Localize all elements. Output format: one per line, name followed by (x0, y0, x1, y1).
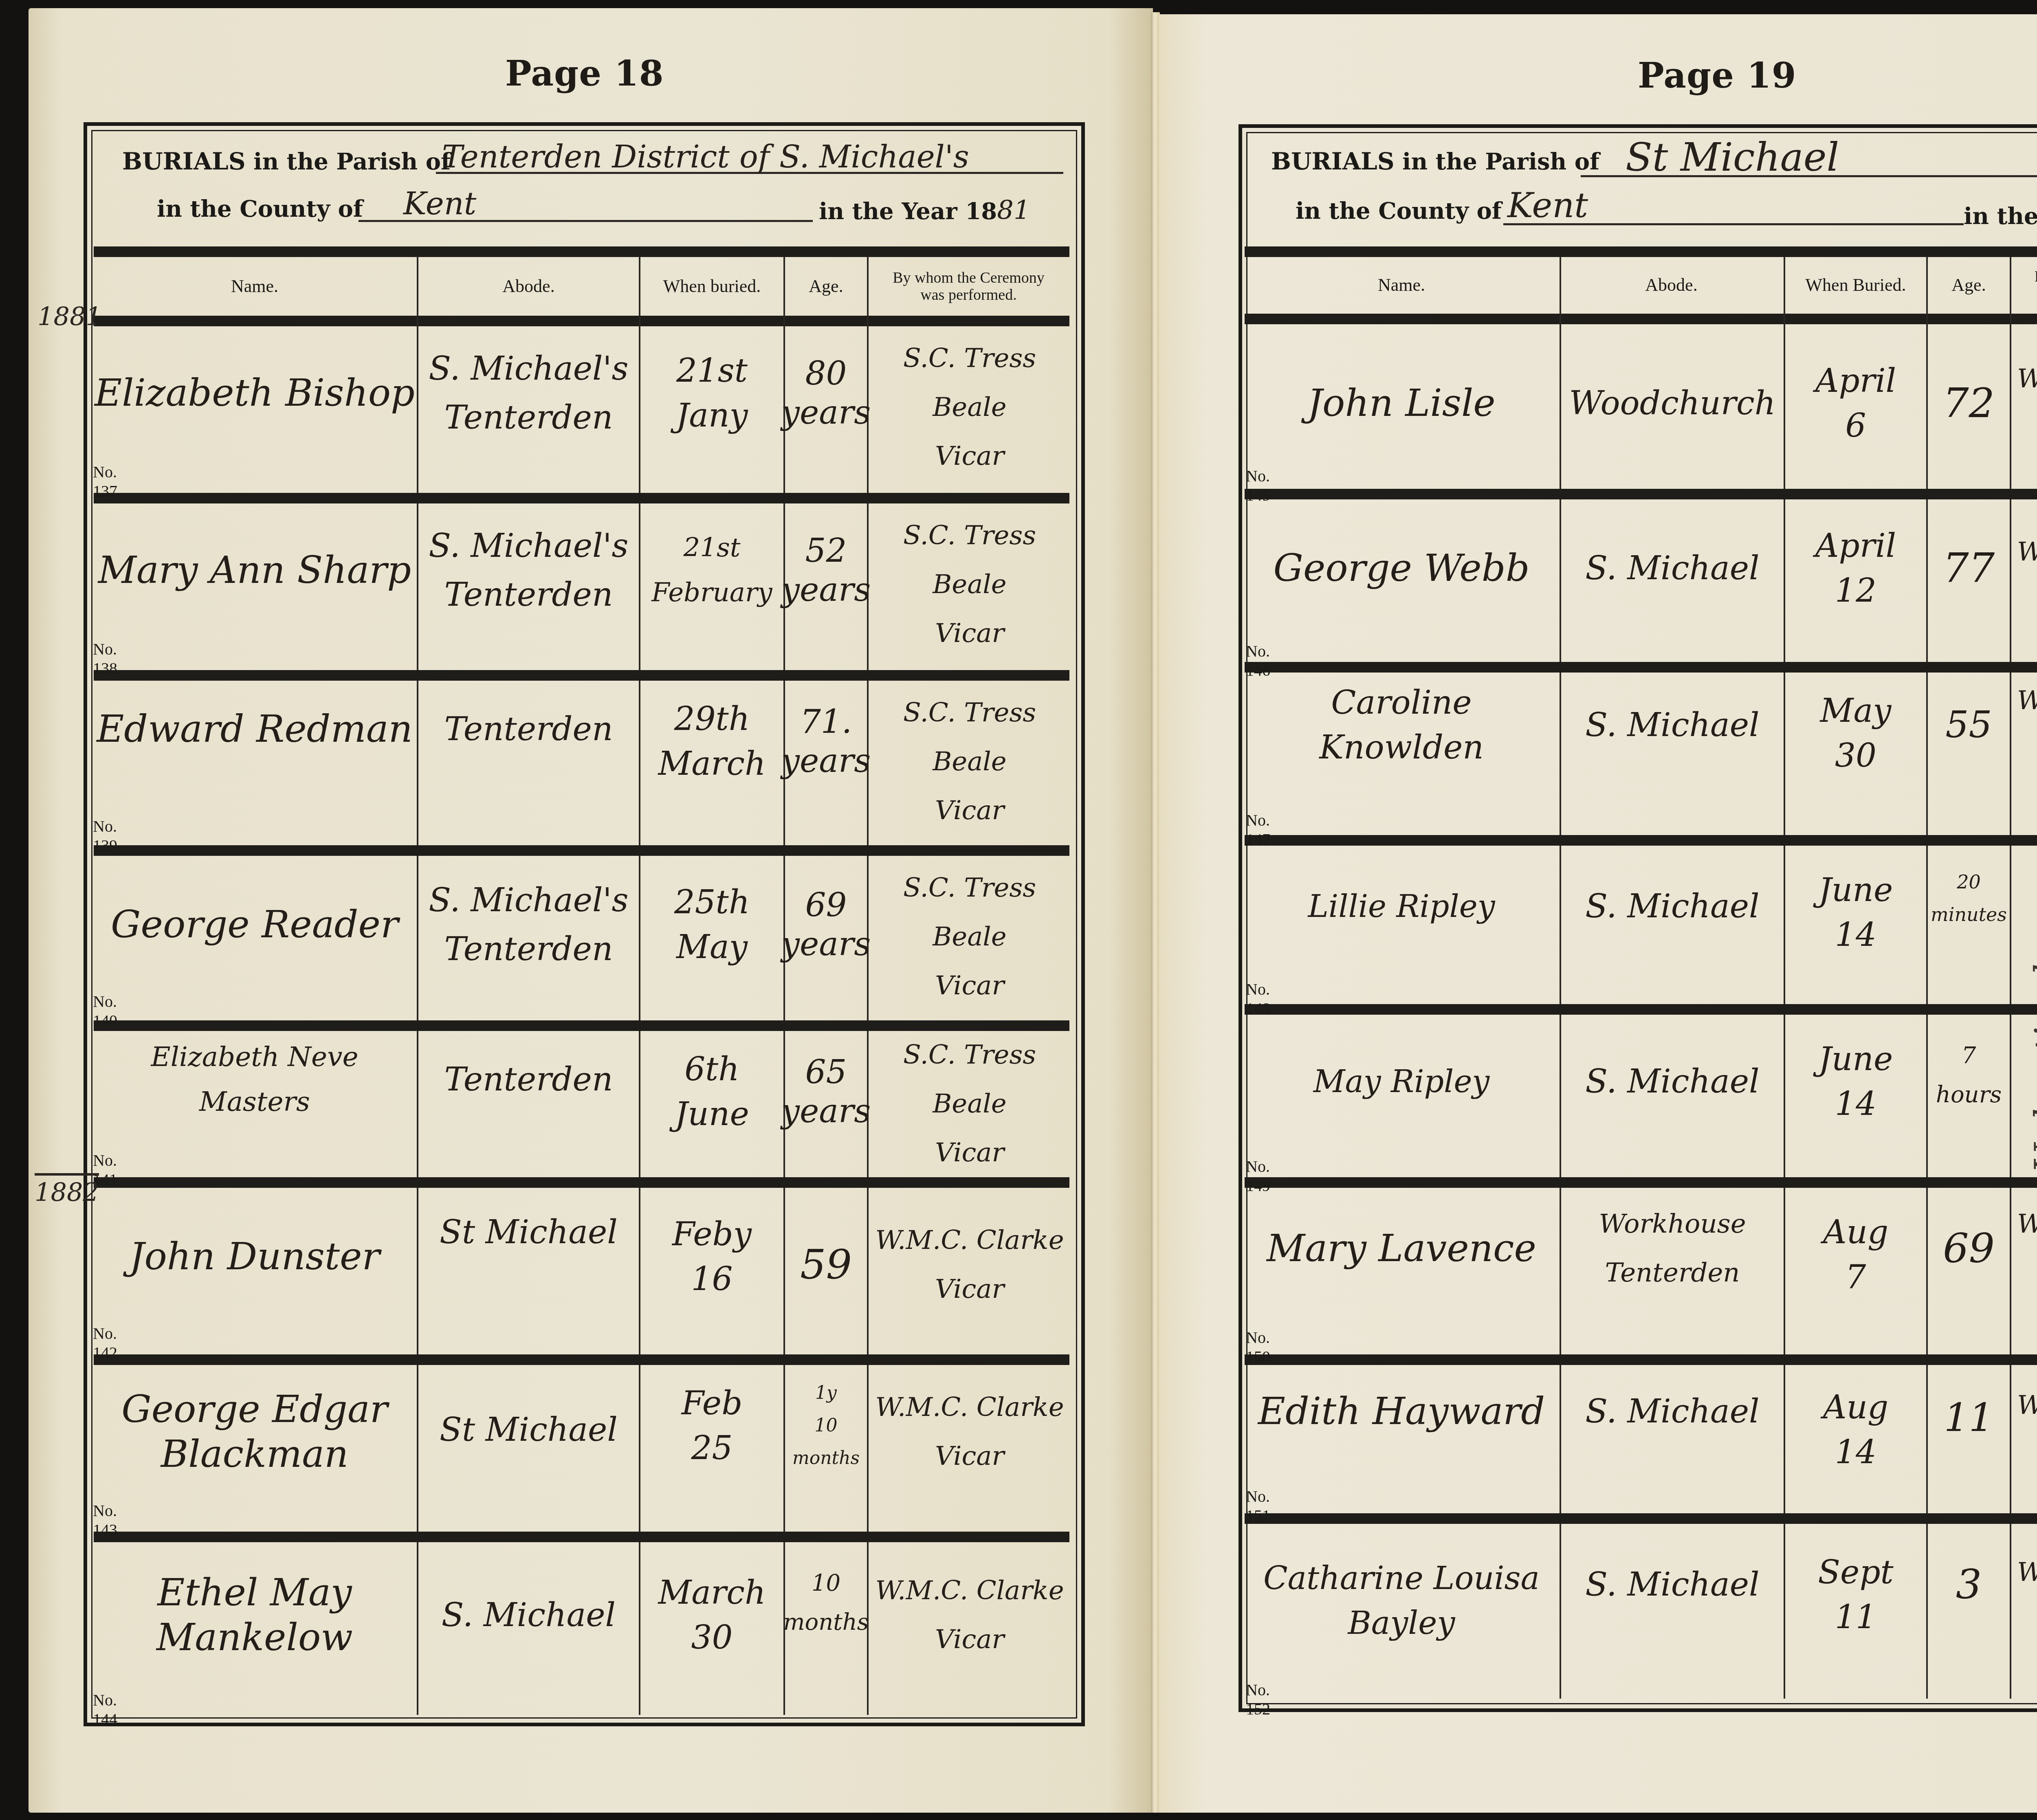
year-label: in the Year 18 (819, 198, 997, 225)
entry-number: No. 150 (1246, 1328, 1270, 1366)
county-label: in the County of (1296, 198, 1502, 224)
entry-age: 7 hours (1929, 1014, 2008, 1136)
entry-officiant: S.C. Tress Beale Vicar (870, 1031, 1069, 1177)
right-parish-line: BURIALS in the Parish of (1271, 147, 1599, 175)
entry-officiant: S.C. Tress Beale Vicar (870, 855, 1069, 1018)
entry-number: No. 151 (1246, 1487, 1270, 1525)
entry-officiant: W.M.C. Clarke Vicar (870, 1542, 1069, 1688)
column-header-age: Age. (784, 257, 868, 316)
page-number-left: Page 18 (505, 53, 664, 94)
row-rule (94, 1020, 1069, 1031)
entry-officiant: W.M.C. Clarke Vicar (2013, 324, 2037, 483)
county-value: Kent (403, 185, 476, 222)
entry-when-buried: Aug 14 (1786, 1365, 1925, 1495)
year-line: in the Year 1882 (1964, 198, 2037, 231)
entry-abode: S. Michael (1562, 499, 1782, 637)
row-rule (1245, 489, 2037, 499)
entry-age: 72 (1929, 324, 2008, 483)
header-rule (1245, 314, 2037, 324)
entry-officiant: S.C. Tress Beale Vicar (870, 326, 1069, 489)
entry-name: Elizabeth Bishop (94, 326, 416, 460)
entry-abode: S. Michael (1562, 1523, 1782, 1646)
entry-age: 52 years (786, 503, 866, 637)
entry-when-buried: Aug 7 (1786, 1187, 1925, 1322)
book-gutter (1151, 12, 1160, 1813)
entry-name: Edith Hayward (1247, 1365, 1556, 1458)
entry-name: Edward Redman (94, 680, 416, 778)
entry-name: John Lisle (1247, 324, 1556, 483)
county-value: Kent (1507, 185, 1588, 225)
entry-name: George Edgar Blackman (94, 1365, 416, 1499)
entry-abode: S. Michael's Tenterden (420, 326, 638, 460)
entry-name: John Dunster (94, 1187, 416, 1326)
entry-name: Lillie Ripley (1247, 845, 1556, 967)
row-rule (1245, 1513, 2037, 1524)
entry-age: 77 (1929, 499, 2008, 637)
header-rule (94, 316, 1069, 326)
row-rule (94, 493, 1069, 503)
entry-abode: S. Michael's Tenterden (420, 503, 638, 637)
entry-when-buried: 21st Jany (642, 326, 782, 460)
entry-abode: S. Michael (1562, 1014, 1782, 1149)
entry-age: 69 years (786, 855, 866, 994)
register-spread: Page 18 Page 19 BURIALS in the Parish of… (0, 0, 2037, 1820)
entry-abode: S. Michael (1562, 1365, 1782, 1458)
entry-age: 20 minutes (1929, 845, 2008, 951)
column-header-age: Age. (1927, 257, 2011, 314)
entry-name: Mary Lavence (1247, 1187, 1556, 1310)
entry-officiant: W.M.C. Clarke Vicar (2013, 672, 2037, 778)
year-label: in the Year 18 (1964, 203, 2037, 230)
entry-when-buried: 25th May (642, 855, 782, 994)
entry-number: No. 137 (93, 462, 117, 501)
parish-value: St Michael (1626, 134, 1839, 180)
entry-when-buried: April 12 (1786, 499, 1925, 637)
entry-number: No. 147 (1246, 811, 1270, 849)
entry-officiant: W.M.C. Clarke Vicar (2013, 1523, 2037, 1670)
entry-name: Elizabeth Neve Masters (94, 1031, 416, 1128)
entry-age: 71. years (786, 680, 866, 802)
right-county-line: in the County of (1296, 198, 1502, 224)
entry-name: Ethel May Mankelow (94, 1542, 416, 1688)
entry-age: 55 (1929, 672, 2008, 778)
entry-abode: St Michael (420, 1365, 638, 1495)
column-header-abode: Abode. (418, 257, 640, 316)
entry-name: Mary Ann Sharp (94, 503, 416, 637)
entry-number: No. 143 (93, 1501, 117, 1539)
entry-when-buried: April 6 (1786, 324, 1925, 483)
left-parish-line: BURIALS in the Parish of (122, 147, 451, 175)
entry-abode: Tenterden (420, 680, 638, 778)
entry-name: Caroline Knowlden (1247, 672, 1556, 778)
entry-age: 80 years (786, 326, 866, 460)
entry-officiant: W.M.C. Clarke Vicar (870, 1365, 1069, 1499)
entry-age: 11 (1929, 1365, 2008, 1471)
entry-when-buried: 29th March (642, 680, 782, 802)
header-rule (94, 246, 1069, 257)
page-number-right: Page 19 (1638, 55, 1797, 96)
entry-when-buried: 21st February (642, 503, 782, 637)
entry-when-buried: Sept 11 (1786, 1523, 1925, 1666)
entry-age: 69 (1929, 1187, 2008, 1310)
entry-name: George Reader (94, 855, 416, 994)
entry-when-buried: Feby 16 (642, 1187, 782, 1326)
column-header-when-buried: When Buried. (1784, 257, 1927, 314)
column-divider (1560, 257, 1561, 1699)
column-header-officiant: By whom the Ceremony was performed. (868, 257, 1069, 316)
entry-abode: S. Michael's Tenterden (420, 855, 638, 994)
left-county-line: in the County of (157, 196, 363, 222)
margin-year-1881: 1881 (37, 301, 102, 331)
margin-year-1882: 1882 (35, 1173, 99, 1207)
column-header-name: Name. (94, 257, 416, 316)
row-rule (1245, 835, 2037, 846)
column-divider (867, 257, 869, 1715)
row-rule (94, 1354, 1069, 1365)
row-rule (94, 845, 1069, 856)
entry-when-buried: June 14 (1786, 1014, 1925, 1149)
entry-number: No. 140 (93, 992, 117, 1030)
column-divider (639, 257, 640, 1715)
entry-abode: Tenterden (420, 1031, 638, 1128)
entry-number: No. 148 (1246, 980, 1270, 1018)
row-rule (1245, 1354, 2037, 1365)
entry-when-buried: Feb 25 (642, 1365, 782, 1487)
row-rule (94, 1532, 1069, 1542)
column-header-abode: Abode. (1560, 257, 1782, 314)
county-label: in the County of (157, 196, 363, 222)
entry-age: 59 (786, 1187, 866, 1342)
entry-officiant: W.M.C. Clarke Vicar (2013, 1365, 2037, 1495)
entry-officiant: S.C. Tress Beale Vicar (870, 680, 1069, 843)
parish-label: in the Parish of (246, 148, 451, 175)
row-rule (94, 670, 1069, 681)
column-header-officiant: By whom the Ceremony was performed. (2011, 257, 2037, 314)
row-rule (1245, 1004, 2037, 1015)
entry-number: No. 142 (93, 1324, 117, 1362)
column-header-name: Name. (1245, 257, 1558, 314)
column-header-when-buried: When buried. (640, 257, 784, 316)
row-rule (1245, 662, 2037, 673)
entry-name: May Ripley (1247, 1014, 1556, 1149)
entry-abode: S. Michael (1562, 845, 1782, 967)
entry-abode: St Michael (420, 1187, 638, 1277)
entry-officiant: W.M.C. Clarke Vicar (870, 1187, 1069, 1342)
year-line: in the Year 1881 (819, 196, 1030, 226)
column-divider (417, 257, 418, 1715)
column-divider (1926, 257, 1928, 1699)
burials-label: BURIALS (1271, 147, 1395, 175)
entry-age: 10 months (786, 1542, 866, 1664)
row-rule (94, 1177, 1069, 1188)
entry-abode: Woodchurch (1562, 324, 1782, 483)
entry-age: 65 years (786, 1031, 866, 1153)
column-divider (1784, 257, 1785, 1699)
column-divider (783, 257, 785, 1715)
entry-abode: S. Michael (420, 1542, 638, 1688)
unbaptized-note: Unbaptized (2027, 964, 2037, 1173)
entry-when-buried: March 30 (642, 1542, 782, 1688)
entry-abode: Workhouse Tenterden (1562, 1187, 1782, 1310)
parish-value: Tenterden District of S. Michael's (442, 138, 969, 175)
entry-number: No. 144 (93, 1690, 117, 1729)
header-rule (1245, 246, 2037, 257)
entry-age: 1y 10 months (786, 1365, 866, 1487)
burials-label: BURIALS (122, 147, 246, 175)
entry-when-buried: May 30 (1786, 672, 1925, 794)
entry-officiant: W.M.C. Clarke Vicar (2013, 499, 2037, 654)
entry-age: 3 (1929, 1523, 2008, 1646)
year-value: 81 (997, 196, 1030, 226)
entry-officiant: W.M.C. Clarke Vicar (2013, 1187, 2037, 1310)
entry-name: George Webb (1247, 499, 1556, 637)
entry-number: No. 138 (93, 640, 117, 678)
entry-when-buried: 6th June (642, 1031, 782, 1153)
column-divider (2010, 257, 2011, 1699)
entry-name: Catharine Louisa Bayley (1247, 1523, 1556, 1678)
entry-officiant: S.C. Tress Beale Vicar (870, 503, 1069, 666)
entry-number: No. 152 (1246, 1680, 1270, 1719)
parish-label: in the Parish of (1395, 148, 1600, 175)
entry-abode: S. Michael (1562, 672, 1782, 778)
row-rule (1245, 1177, 2037, 1188)
entry-when-buried: June 14 (1786, 845, 1925, 980)
entry-number: No. 139 (93, 817, 117, 855)
